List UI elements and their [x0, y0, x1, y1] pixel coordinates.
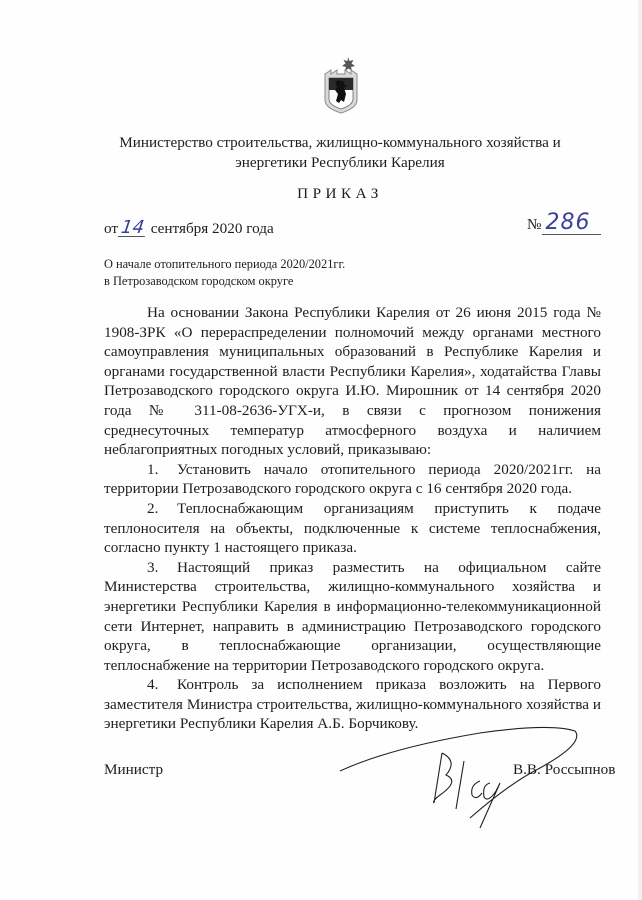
- document-page: Министерство строительства, жилищно-комм…: [0, 0, 642, 900]
- ministry-name: Министерство строительства, жилищно-комм…: [100, 133, 580, 173]
- item-text: Установить начало отопительного периода …: [104, 461, 601, 498]
- subject-line-2: в Петрозаводском городском округе: [104, 273, 345, 290]
- date-month-year: сентября 2020 года: [151, 220, 274, 237]
- handwritten-day: 14: [118, 220, 147, 237]
- handwritten-number: 286: [542, 212, 601, 235]
- number-sign: №: [527, 216, 542, 233]
- order-body: На основании Закона Республики Карелия о…: [104, 303, 601, 734]
- karelia-coat-of-arms-icon: [322, 56, 360, 114]
- order-subject: О начале отопительного периода 2020/2021…: [104, 256, 345, 290]
- date-prefix: от: [104, 220, 118, 237]
- signatory-name: В.В. Россыпнов: [513, 761, 615, 779]
- document-title: ПРИКАЗ: [100, 185, 580, 203]
- order-date: от14 сентября 2020 года: [104, 220, 274, 238]
- order-item-3: 3.Настоящий приказ разместить на официал…: [104, 558, 601, 676]
- item-number: 3.: [147, 558, 177, 578]
- item-number: 4.: [147, 675, 177, 695]
- preamble: На основании Закона Республики Карелия о…: [104, 303, 601, 460]
- item-number: 1.: [147, 460, 177, 480]
- item-number: 2.: [147, 499, 177, 519]
- subject-line-1: О начале отопительного периода 2020/2021…: [104, 256, 345, 273]
- item-text: Теплоснабжающим организациям приступить …: [104, 500, 601, 556]
- order-item-2: 2.Теплоснабжающим организациям приступит…: [104, 499, 601, 558]
- item-text: Настоящий приказ разместить на официальн…: [104, 559, 601, 674]
- order-number: №286: [527, 212, 601, 235]
- signatory-role: Министр: [104, 761, 163, 779]
- order-item-1: 1.Установить начало отопительного период…: [104, 460, 601, 499]
